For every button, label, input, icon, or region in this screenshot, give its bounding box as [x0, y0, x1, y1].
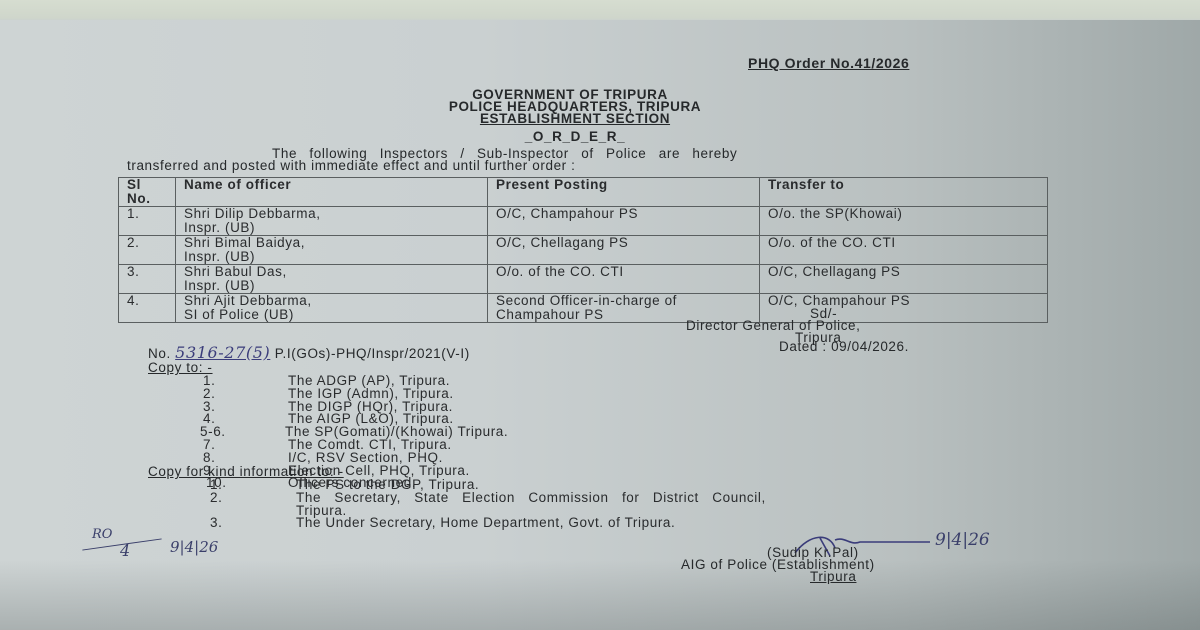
- cell-transfer: O/C, Chellagang PS: [760, 265, 1048, 294]
- header-name: Name of officer: [176, 178, 488, 207]
- cell-transfer: O/o. the SP(Khowai): [760, 207, 1048, 236]
- cell-sl: 2.: [119, 236, 176, 265]
- cell-sl: 3.: [119, 265, 176, 294]
- handwritten-note-top: RO: [92, 527, 112, 542]
- memo-reference: P.I(GOs)-PHQ/Inspr/2021(V-I): [275, 346, 470, 361]
- table-header-row: Sl No. Name of officer Present Posting T…: [119, 178, 1048, 207]
- officer-rank: Inspr. (UB): [184, 279, 479, 293]
- signature-date: 9|4|26: [935, 530, 990, 550]
- header-sl-no: Sl No.: [119, 178, 176, 207]
- header-line-3: ESTABLISHMENT SECTION: [0, 112, 1150, 125]
- transfer-table: Sl No. Name of officer Present Posting T…: [118, 177, 1048, 323]
- order-title: _O_R_D_E_R_: [0, 129, 1150, 144]
- copy-info-list: 1.The PS to the DGP, Tripura. 2.The Secr…: [148, 479, 766, 530]
- item-text: The Secretary, State Election Commission…: [296, 492, 766, 505]
- table-row: 4. Shri Ajit Debbarma,SI of Police (UB) …: [119, 294, 1048, 323]
- handwritten-note-date: 9|4|26: [170, 538, 218, 556]
- officer-name: Shri Ajit Debbarma,: [184, 294, 479, 308]
- item-number: 5-6.: [148, 426, 285, 439]
- item-number: 1.: [148, 479, 296, 492]
- item-number: 2.: [148, 388, 288, 401]
- header-present-posting: Present Posting: [488, 178, 760, 207]
- table-row: 3. Shri Babul Das,Inspr. (UB) O/o. of th…: [119, 265, 1048, 294]
- item-number: 3.: [148, 401, 288, 414]
- cell-transfer: O/o. of the CO. CTI: [760, 236, 1048, 265]
- table-row: 2. Shri Bimal Baidya,Inspr. (UB) O/C, Ch…: [119, 236, 1048, 265]
- memo-date: Dated : 09/04/2026.: [779, 339, 909, 354]
- cell-present: O/o. of the CO. CTI: [488, 265, 760, 294]
- cell-sl: 1.: [119, 207, 176, 236]
- list-item: 3.The Under Secretary, Home Department, …: [148, 517, 766, 530]
- cell-present: O/C, Champahour PS: [488, 207, 760, 236]
- cell-name: Shri Bimal Baidya,Inspr. (UB): [176, 236, 488, 265]
- table-row: 1. Shri Dilip Debbarma,Inspr. (UB) O/C, …: [119, 207, 1048, 236]
- item-number: 7.: [148, 439, 288, 452]
- cell-sl: 4.: [119, 294, 176, 323]
- handwritten-note-bottom: 4: [120, 541, 130, 560]
- officer-rank: SI of Police (UB): [184, 308, 479, 322]
- cell-name: Shri Ajit Debbarma,SI of Police (UB): [176, 294, 488, 323]
- item-number: 3.: [148, 517, 296, 530]
- item-text: The Under Secretary, Home Department, Go…: [296, 517, 675, 530]
- officer-rank: Inspr. (UB): [184, 250, 479, 264]
- signatory-place: Tripura: [810, 569, 856, 584]
- intro-line-2: transferred and posted with immediate ef…: [127, 158, 575, 173]
- page-shadow: [0, 560, 1200, 630]
- item-number: 2.: [148, 492, 296, 505]
- officer-name: Shri Dilip Debbarma,: [184, 207, 479, 221]
- item-number-blank: [148, 505, 296, 518]
- cell-name: Shri Babul Das,Inspr. (UB): [176, 265, 488, 294]
- item-number: 8.: [148, 452, 288, 465]
- cell-present: O/C, Chellagang PS: [488, 236, 760, 265]
- officer-rank: Inspr. (UB): [184, 221, 479, 235]
- officer-name: Shri Babul Das,: [184, 265, 479, 279]
- list-item: 2.The Secretary, State Election Commissi…: [148, 492, 766, 505]
- officer-name: Shri Bimal Baidya,: [184, 236, 479, 250]
- cell-name: Shri Dilip Debbarma,Inspr. (UB): [176, 207, 488, 236]
- header-transfer-to: Transfer to: [760, 178, 1048, 207]
- item-number: 1.: [148, 375, 288, 388]
- memo-prefix: No.: [148, 346, 171, 361]
- order-number: PHQ Order No.41/2026: [748, 55, 909, 71]
